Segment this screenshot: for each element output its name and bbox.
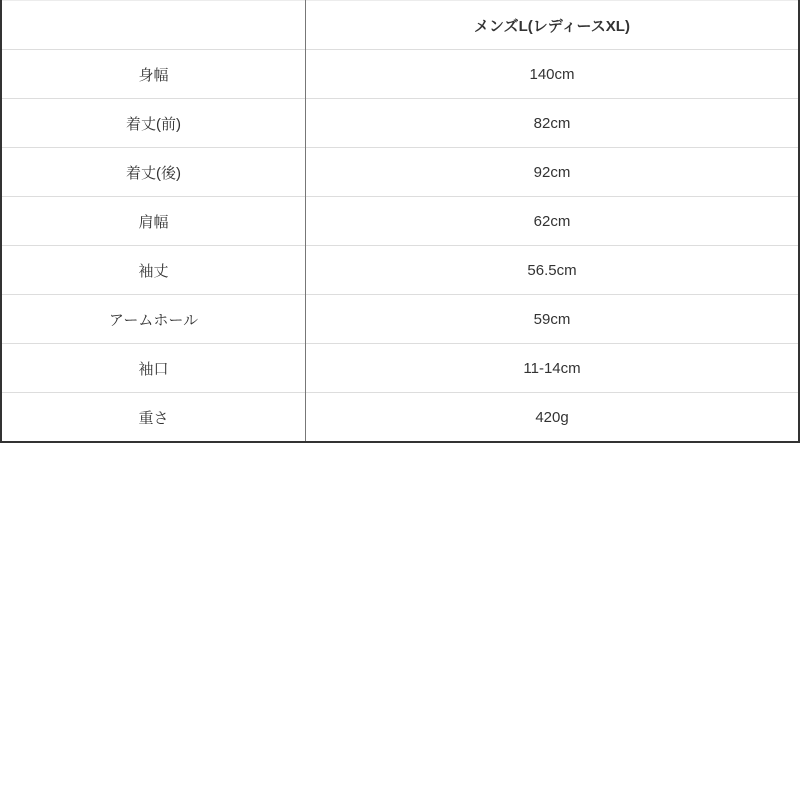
measurement-value: 420g: [306, 393, 800, 443]
measurement-label: 肩幅: [1, 197, 306, 246]
size-chart-header-row: メンズL(レディースXL): [1, 1, 799, 50]
header-empty-cell: [1, 1, 306, 50]
measurement-value: 92cm: [306, 148, 800, 197]
measurement-label: 袖丈: [1, 246, 306, 295]
measurement-label: 身幅: [1, 50, 306, 99]
size-chart-body: 身幅140cm着丈(前)82cm着丈(後)92cm肩幅62cm袖丈56.5cmア…: [1, 50, 799, 443]
table-row: 肩幅62cm: [1, 197, 799, 246]
measurement-value: 59cm: [306, 295, 800, 344]
measurement-label: アームホール: [1, 295, 306, 344]
measurement-value: 62cm: [306, 197, 800, 246]
table-row: 身幅140cm: [1, 50, 799, 99]
table-row: 袖口11-14cm: [1, 344, 799, 393]
measurement-value: 140cm: [306, 50, 800, 99]
measurement-label: 着丈(後): [1, 148, 306, 197]
measurement-label: 重さ: [1, 393, 306, 443]
table-row: 重さ420g: [1, 393, 799, 443]
measurement-label: 袖口: [1, 344, 306, 393]
table-row: 着丈(後)92cm: [1, 148, 799, 197]
table-row: アームホール59cm: [1, 295, 799, 344]
table-row: 袖丈56.5cm: [1, 246, 799, 295]
size-chart-table: メンズL(レディースXL) 身幅140cm着丈(前)82cm着丈(後)92cm肩…: [0, 0, 800, 443]
measurement-value: 56.5cm: [306, 246, 800, 295]
header-size-label: メンズL(レディースXL): [306, 1, 800, 50]
measurement-value: 82cm: [306, 99, 800, 148]
measurement-value: 11-14cm: [306, 344, 800, 393]
measurement-label: 着丈(前): [1, 99, 306, 148]
table-row: 着丈(前)82cm: [1, 99, 799, 148]
